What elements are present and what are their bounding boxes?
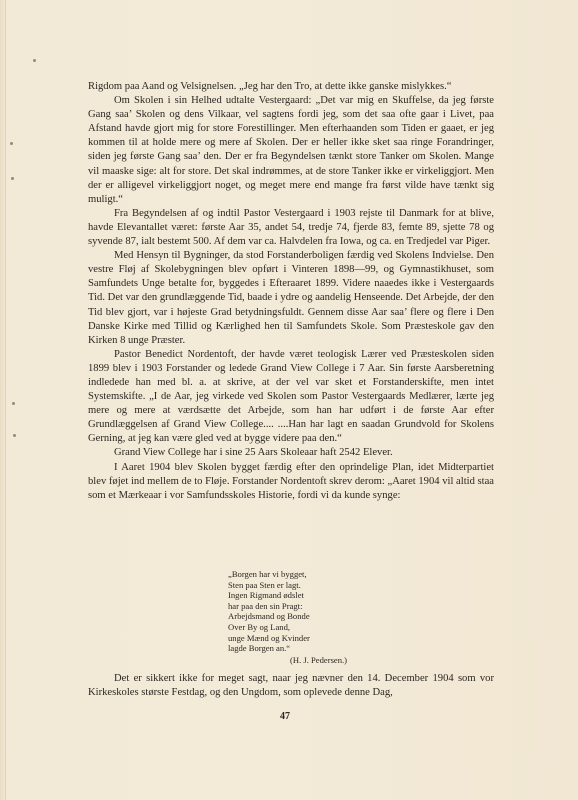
scanned-page: Rigdom paa Aand og Velsignelsen. „Jeg ha… bbox=[0, 0, 578, 800]
paper-speck bbox=[12, 402, 15, 405]
paragraph: Grand View College har i sine 25 Aars Sk… bbox=[88, 446, 494, 460]
poem-attribution: (H. J. Pedersen.) bbox=[290, 655, 428, 666]
poem-line: har paa den sin Pragt: bbox=[228, 601, 428, 612]
paragraph: Det er sikkert ikke for meget sagt, naar… bbox=[88, 672, 494, 700]
poem-line: „Borgen har vi bygget, bbox=[228, 569, 428, 580]
paragraph: Rigdom paa Aand og Velsignelsen. „Jeg ha… bbox=[88, 80, 494, 94]
paragraph: I Aaret 1904 blev Skolen bygget færdig e… bbox=[88, 461, 494, 503]
paper-speck bbox=[33, 59, 36, 62]
poem-line: Ingen Rigmand ødslet bbox=[228, 590, 428, 601]
body-text: Rigdom paa Aand og Velsignelsen. „Jeg ha… bbox=[88, 80, 494, 503]
poem-line: Arbejdsmand og Bonde bbox=[228, 611, 428, 622]
binding-edge bbox=[5, 0, 6, 800]
paragraph: Fra Begyndelsen af og indtil Pastor Vest… bbox=[88, 207, 494, 249]
paragraph: Om Skolen i sin Helhed udtalte Vestergaa… bbox=[88, 94, 494, 207]
paper-speck bbox=[13, 434, 16, 437]
paragraph: Pastor Benedict Nordentoft, der havde væ… bbox=[88, 348, 494, 447]
paragraph: Med Hensyn til Bygninger, da stod Forsta… bbox=[88, 249, 494, 348]
poem-line: lagde Borgen an.“ bbox=[228, 643, 428, 654]
poem-line: Over By og Land, bbox=[228, 622, 428, 633]
poem-line: unge Mænd og Kvinder bbox=[228, 633, 428, 644]
paper-speck bbox=[10, 142, 13, 145]
poem-line: Sten paa Sten er lagt. bbox=[228, 580, 428, 591]
closing-text: Det er sikkert ikke for meget sagt, naar… bbox=[88, 672, 494, 700]
paper-speck bbox=[11, 177, 14, 180]
page-number: 47 bbox=[280, 711, 290, 722]
poem-quote: „Borgen har vi bygget, Sten paa Sten er … bbox=[228, 569, 428, 665]
